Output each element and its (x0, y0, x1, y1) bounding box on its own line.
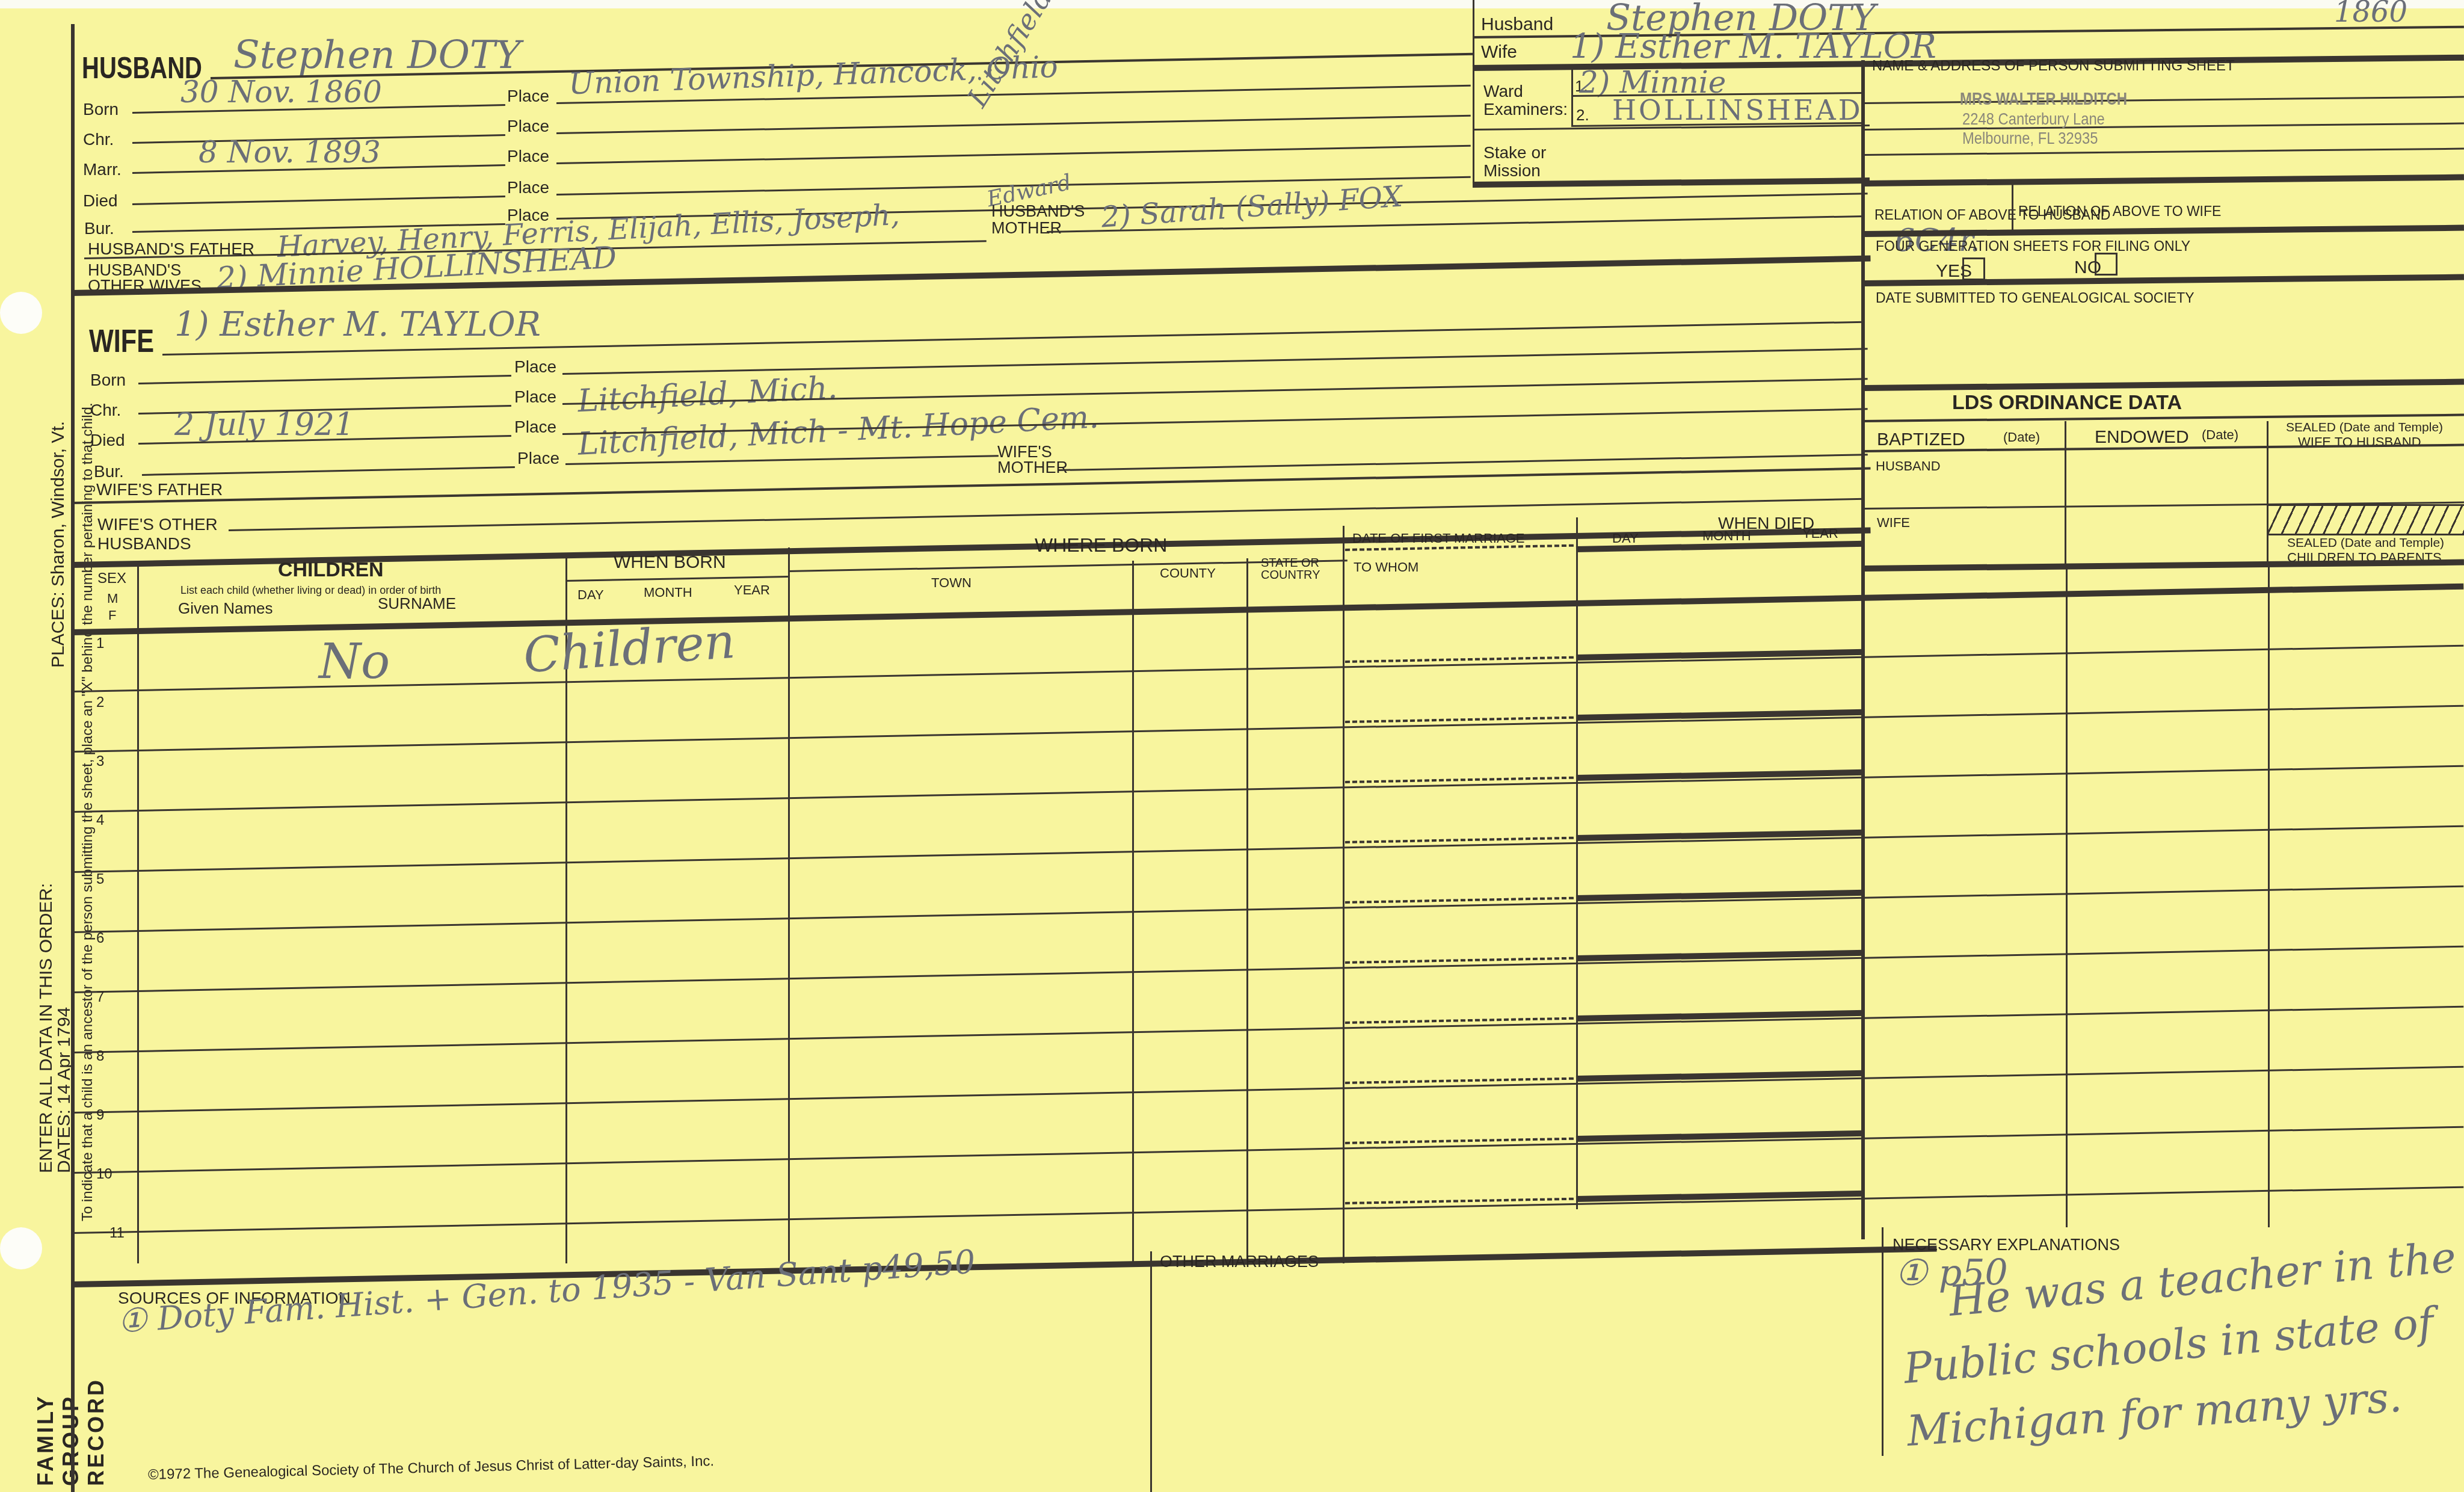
wife-died-label: Died (90, 432, 125, 449)
yes-checkbox[interactable] (1962, 257, 1985, 280)
children-sex-m: M (107, 592, 118, 605)
wife-mother-label-2: MOTHER (997, 460, 1068, 476)
wife-other-husbands-line (229, 498, 1865, 531)
child-row-number: 11 (109, 1226, 125, 1241)
child-row-line (72, 645, 2463, 692)
lds-top-line (1865, 379, 2464, 391)
lds-hatched-area (2268, 504, 2464, 535)
children-where-born-col-divider (788, 547, 790, 1263)
title-family: FAMILY (35, 1394, 57, 1486)
stake-label-1: Stake or (1483, 144, 1546, 161)
examiner-2-num: 2. (1576, 107, 1589, 123)
four-gen-label: FOUR GENERATION SHEETS FOR FILING ONLY (1876, 239, 2190, 253)
wife-other-husbands-label-2: HUSBANDS (97, 535, 191, 552)
children-first-marriage-label: DATE OF FIRST MARRIAGE (1352, 532, 1524, 545)
wife-died-value[interactable]: 2 July 1921 (174, 409, 354, 440)
explanations-divider (1882, 1227, 1883, 1456)
other-marriages-label: OTHER MARRIAGES (1160, 1254, 1319, 1270)
wife-born-place-label: Place (514, 359, 556, 375)
header-husband-label: Husband (1481, 16, 1553, 34)
child-row-number: 9 (96, 1108, 104, 1123)
children-day-label: DAY (577, 588, 604, 602)
examiner-2-value[interactable]: HOLLINSHEAD (1612, 96, 1863, 124)
child-row-line (72, 1186, 2463, 1234)
submitter-line-1 (1865, 96, 2464, 104)
submitter-line-2 (1865, 123, 2464, 131)
lds-sealed-wife-label-1: SEALED (Date and Temple) (2286, 421, 2443, 434)
children-month-label: MONTH (644, 586, 692, 599)
child-row-number: 5 (96, 872, 104, 887)
child-row-line (72, 1066, 2463, 1114)
children-year-label: YEAR (734, 584, 770, 597)
husband-bur-label: Bur. (84, 220, 114, 237)
submitter-label: NAME & ADDRESS OF PERSON SUBMITTING SHEE… (1872, 59, 2235, 73)
husband-chr-place-line (556, 115, 1471, 134)
child-row-number: 10 (96, 1167, 112, 1182)
relation-wife-label: RELATION OF ABOVE TO WIFE (2018, 205, 2221, 218)
when-born-header-line (565, 576, 788, 582)
punch-hole-bottom (0, 1227, 42, 1269)
header-box-left-border (1473, 0, 1474, 186)
wife-died-place-label: Place (514, 419, 556, 436)
lds-baptized-label: BAPTIZED (1877, 431, 1965, 449)
stake-label-2: Mission (1483, 162, 1541, 179)
lds-husband-row-label: HUSBAND (1876, 460, 1941, 473)
lds-children-col-divider-2 (2268, 566, 2270, 1227)
children-died-day-label: DAY (1612, 532, 1639, 545)
lds-wife-row-label: WIFE (1877, 516, 1910, 529)
punch-hole-top (0, 292, 42, 334)
child-row-line (72, 946, 2463, 993)
ward-label-1: Ward (1483, 83, 1523, 100)
wife-bur-label: Bur. (94, 463, 124, 480)
wife-bur-line (142, 466, 515, 476)
husband-mother-label-1: HUSBAND'S (991, 203, 1085, 220)
husband-name-value[interactable]: Stephen DOTY (233, 36, 521, 75)
margin-places: PLACES: Sharon, Windsor, Vt. (49, 421, 67, 668)
wife-father-line (72, 467, 1871, 504)
examiner-1-value[interactable]: 2) Minnie (1579, 67, 1726, 97)
child-row-number: 8 (96, 1049, 104, 1064)
children-where-born-label: WHERE BORN (1035, 535, 1167, 555)
family-group-record-sheet: PLACES: Sharon, Windsor, Vt. ENTER ALL D… (0, 0, 2464, 1492)
no-checkbox[interactable] (2095, 253, 2117, 276)
child-row-number: 2 (96, 695, 104, 710)
husband-mother-label-2: MOTHER (991, 220, 1062, 236)
wife-born-place-line (562, 348, 1868, 375)
husband-chr-label: Chr. (83, 131, 114, 148)
children-state-label-1: STATE OR (1261, 557, 1319, 569)
wife-father-label: WIFE'S FATHER (96, 481, 223, 498)
child-row-number: 1 (96, 637, 104, 651)
wife-name-value[interactable]: 1) Esther M. TAYLOR (174, 308, 541, 342)
wife-mother-line (1059, 454, 1868, 471)
children-table-bottom-line (72, 1245, 1937, 1287)
child-row-line (72, 765, 2463, 813)
date-submitted-label: DATE SUBMITTED TO GENEALOGICAL SOCIETY (1876, 291, 2194, 305)
no-children-note-2[interactable]: Children (522, 617, 737, 680)
children-died-year-label: YEAR (1802, 527, 1838, 540)
husband-died-place-label: Place (507, 179, 549, 196)
wife-heading: WIFE (89, 325, 154, 357)
lds-endowed-date-note: (Date) (2202, 428, 2238, 442)
other-marriages-divider (1150, 1251, 1152, 1492)
wife-chr-label: Chr. (90, 402, 121, 419)
husband-other-wives-label-1: HUSBAND'S (88, 262, 181, 279)
wife-chr-place-value[interactable]: Litchfield, Mich. (577, 372, 838, 418)
children-sex-label: SEX (97, 572, 126, 586)
child-row-line (72, 886, 2463, 933)
children-heading: CHILDREN (278, 559, 384, 580)
lds-col-divider-2 (2267, 421, 2268, 566)
husband-marr-place-line (556, 145, 1471, 164)
husband-born-value[interactable]: 30 Nov. 1860 (180, 77, 382, 107)
relation-divider (2012, 180, 2013, 230)
children-county-label: COUNTY (1160, 567, 1216, 580)
lds-baptized-date-note: (Date) (2003, 431, 2040, 444)
lds-wife-bottom-line (1865, 559, 2464, 572)
husband-died-line (132, 196, 505, 205)
child-row-line (72, 825, 2463, 873)
child-row-number: 4 (96, 813, 104, 828)
children-marriage-col-divider (1343, 526, 1344, 1263)
lds-title: LDS ORDINANCE DATA (1952, 392, 2182, 413)
husband-born-place-label: Place (507, 88, 549, 105)
husband-born-label: Born (83, 101, 119, 118)
child-row-line (72, 1126, 2463, 1174)
submitter-stamp-name: MRS WALTER HILDITCH (1960, 90, 2127, 108)
husband-died-label: Died (83, 193, 118, 209)
husband-marr-place-label: Place (507, 148, 549, 165)
lds-col-divider-1 (2065, 421, 2066, 566)
husband-marr-label: Marr. (83, 161, 122, 178)
header-wife-label: Wife (1481, 43, 1517, 61)
children-when-died-col-divider (1576, 517, 1578, 1209)
child-row-number: 7 (96, 990, 104, 1005)
husband-marr-value[interactable]: 8 Nov. 1893 (199, 137, 381, 167)
child-row-line (72, 1006, 2463, 1053)
wife-mother-label-1: WIFE'S (997, 444, 1052, 460)
child-row-number: 3 (96, 754, 104, 769)
children-when-born-label: WHEN BORN (614, 553, 726, 572)
husband-chr-place-label: Place (507, 118, 549, 135)
children-sex-f: F (108, 609, 116, 622)
relation-top-line (1865, 174, 2464, 186)
lds-endowed-label: ENDOWED (2095, 428, 2189, 446)
wife-other-husbands-label-1: WIFE'S OTHER (97, 516, 218, 533)
children-to-whom-label: TO WHOM (1354, 561, 1418, 574)
children-sex-col-divider (137, 566, 139, 1263)
title-record: RECORD (85, 1378, 107, 1486)
husband-mother-value[interactable]: 2) Sarah (Sally) FOX (1100, 182, 1403, 232)
scan-edge (0, 0, 2464, 8)
submitter-stamp-street: 2248 Canterbury Lane (1962, 111, 2105, 128)
ward-label-2: Examiners: (1483, 101, 1568, 118)
child-row-number: 6 (96, 931, 104, 946)
lds-children-col-divider-1 (2066, 566, 2068, 1227)
explanations-line-4[interactable]: Michigan for many yrs. (1906, 1376, 2403, 1452)
submitter-stamp-city: Melbourne, FL 32935 (1962, 130, 2098, 147)
children-given-names-label: Given Names (178, 600, 273, 616)
children-surname-label: SURNAME (378, 596, 456, 611)
wife-chr-place-label: Place (514, 389, 556, 405)
wife-born-line (138, 375, 511, 384)
wife-bur-place-label: Place (517, 450, 559, 467)
no-children-note-1[interactable]: No (319, 638, 390, 686)
child-row-line (72, 705, 2463, 753)
submitter-line-3 (1865, 148, 2464, 156)
children-state-col-divider (1246, 558, 1248, 1263)
copyright: ©1972 The Genealogical Society of The Ch… (148, 1454, 715, 1482)
left-border (71, 24, 75, 1492)
explanations-label: NECESSARY EXPLANATIONS (1893, 1237, 2120, 1253)
children-town-label: TOWN (931, 576, 972, 590)
children-state-label-2: COUNTRY (1261, 569, 1320, 581)
wife-born-label: Born (90, 372, 126, 389)
children-died-month-label: MONTH (1702, 529, 1751, 543)
margin-enter-all: ENTER ALL DATA IN THIS ORDER: (37, 883, 55, 1173)
lds-sealed-children-label-1: SEALED (Date and Temple) (2287, 537, 2444, 549)
header-year-value[interactable]: 1860 (2334, 0, 2407, 26)
